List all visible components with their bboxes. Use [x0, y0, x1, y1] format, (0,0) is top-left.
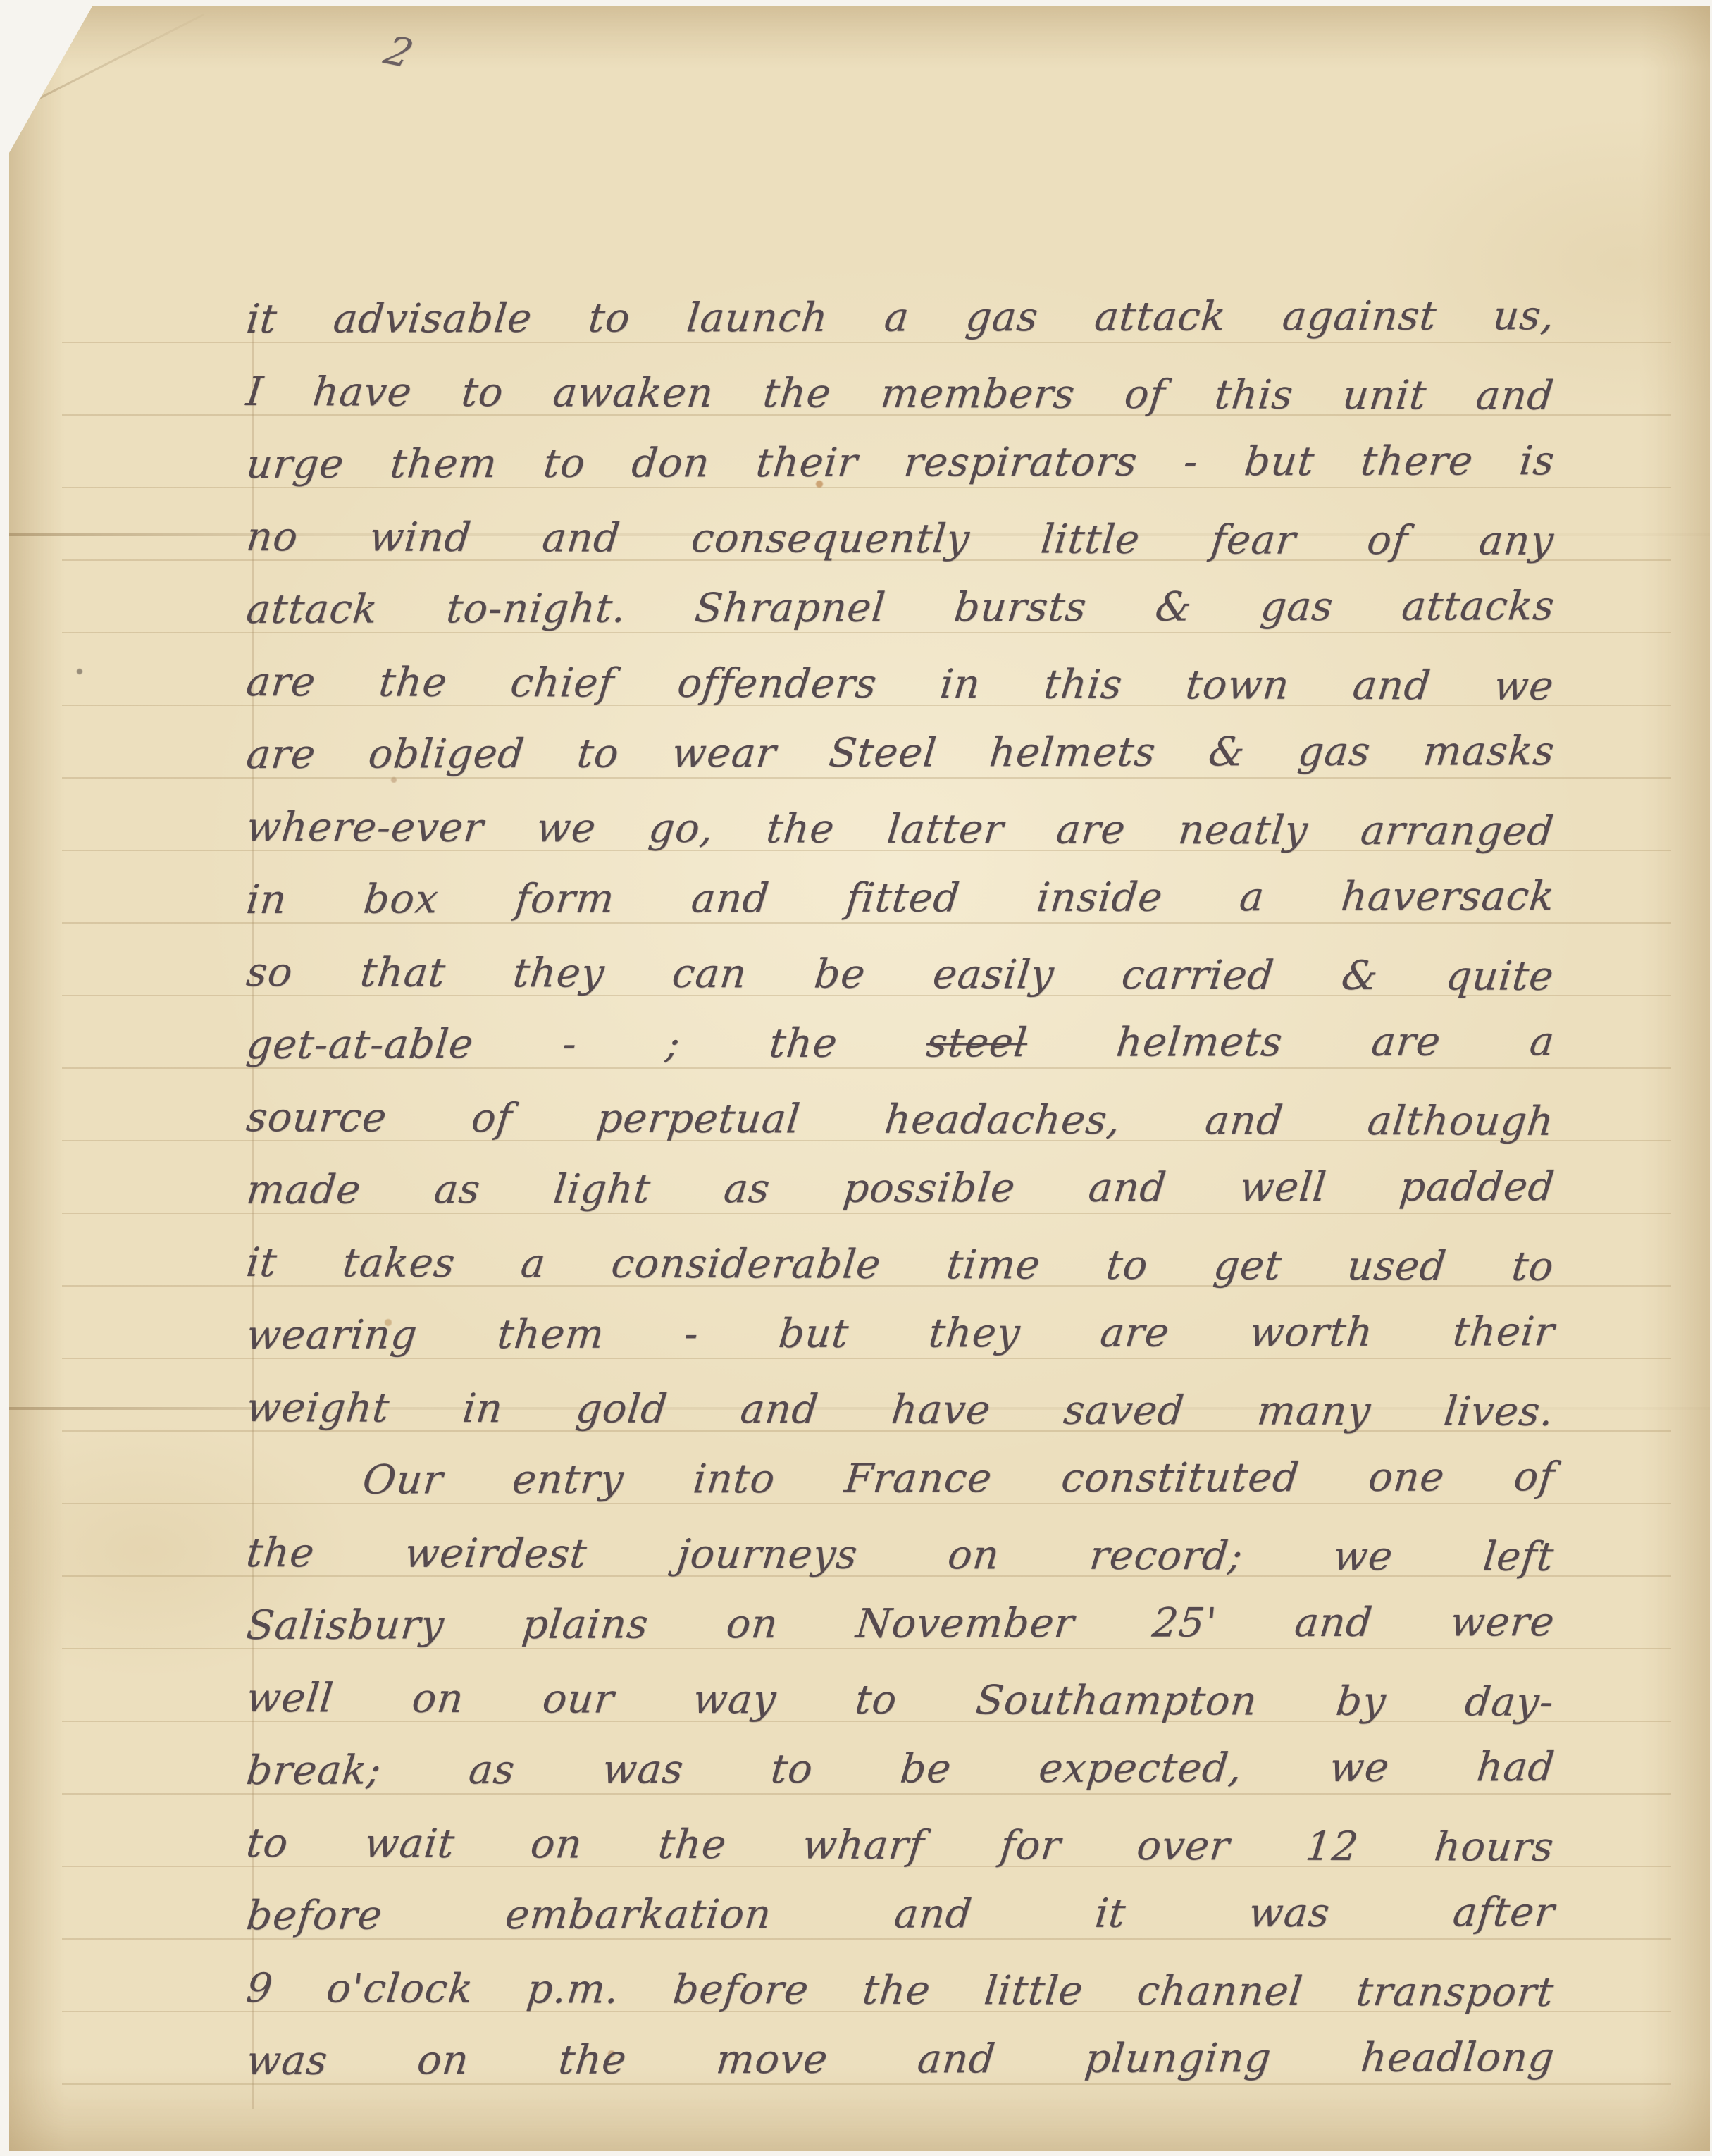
- line-segment: get-at-able - ; the: [244, 1020, 840, 1068]
- handwritten-line: the weirdest journeys on record; we left: [242, 1517, 1558, 1594]
- handwritten-line: before embarkation and it was after: [243, 1876, 1558, 1952]
- handwritten-line: it advisable to launch a gas attack agai…: [243, 280, 1558, 356]
- handwritten-line: it takes a considerable time to get used…: [242, 1227, 1558, 1303]
- handwritten-line: Our entry into France constituted one of: [243, 1441, 1558, 1517]
- line-segment: helmets are a: [1114, 1018, 1557, 1066]
- handwritten-line: are obliged to wear Steel helmets & gas …: [243, 715, 1558, 791]
- handwritten-line: wearing them - but they are worth their: [243, 1296, 1558, 1372]
- handwritten-line: Salisbury plains on November 25' and wer…: [243, 1586, 1558, 1662]
- handwritten-line: where-ever we go, the latter are neatly …: [242, 791, 1558, 868]
- struck-word: steel: [924, 1020, 1030, 1066]
- handwritten-line: source of perpetual headaches, and altho…: [242, 1082, 1558, 1158]
- handwritten-line: 9 o'clock p.m. before the little channel…: [242, 1952, 1558, 2029]
- handwritten-line: attack to-night. Shrapnel bursts & gas a…: [243, 570, 1558, 646]
- handwritten-line: urge them to don their respirators - but…: [243, 425, 1558, 501]
- handwritten-line: are the chief offenders in this town and…: [242, 646, 1558, 723]
- corner-fold-crease: [0, 13, 204, 120]
- handwritten-line-with-strikeout: get-at-able - ; the steel helmets are a: [243, 1005, 1558, 1082]
- handwritten-line: so that they can be easily carried & qui…: [242, 936, 1558, 1013]
- handwritten-line: well on our way to Southampton by day-: [242, 1662, 1558, 1739]
- handwritten-line: made as light as possible and well padde…: [243, 1151, 1558, 1227]
- handwritten-line: in box form and fitted inside a haversac…: [243, 860, 1558, 936]
- handwritten-line: was on the move and plunging headlong: [243, 2021, 1558, 2098]
- handwritten-line: to wait on the wharf for over 12 hours: [242, 1807, 1558, 1884]
- handwritten-line: break; as was to be expected, we had: [243, 1731, 1558, 1807]
- letter-body: it advisable to launch a gas attack agai…: [247, 283, 1554, 2098]
- handwritten-line: no wind and consequently little fear of …: [242, 501, 1558, 578]
- handwritten-line: weight in gold and have saved many lives…: [242, 1372, 1558, 1449]
- handwritten-line: I have to awaken the members of this uni…: [242, 356, 1558, 433]
